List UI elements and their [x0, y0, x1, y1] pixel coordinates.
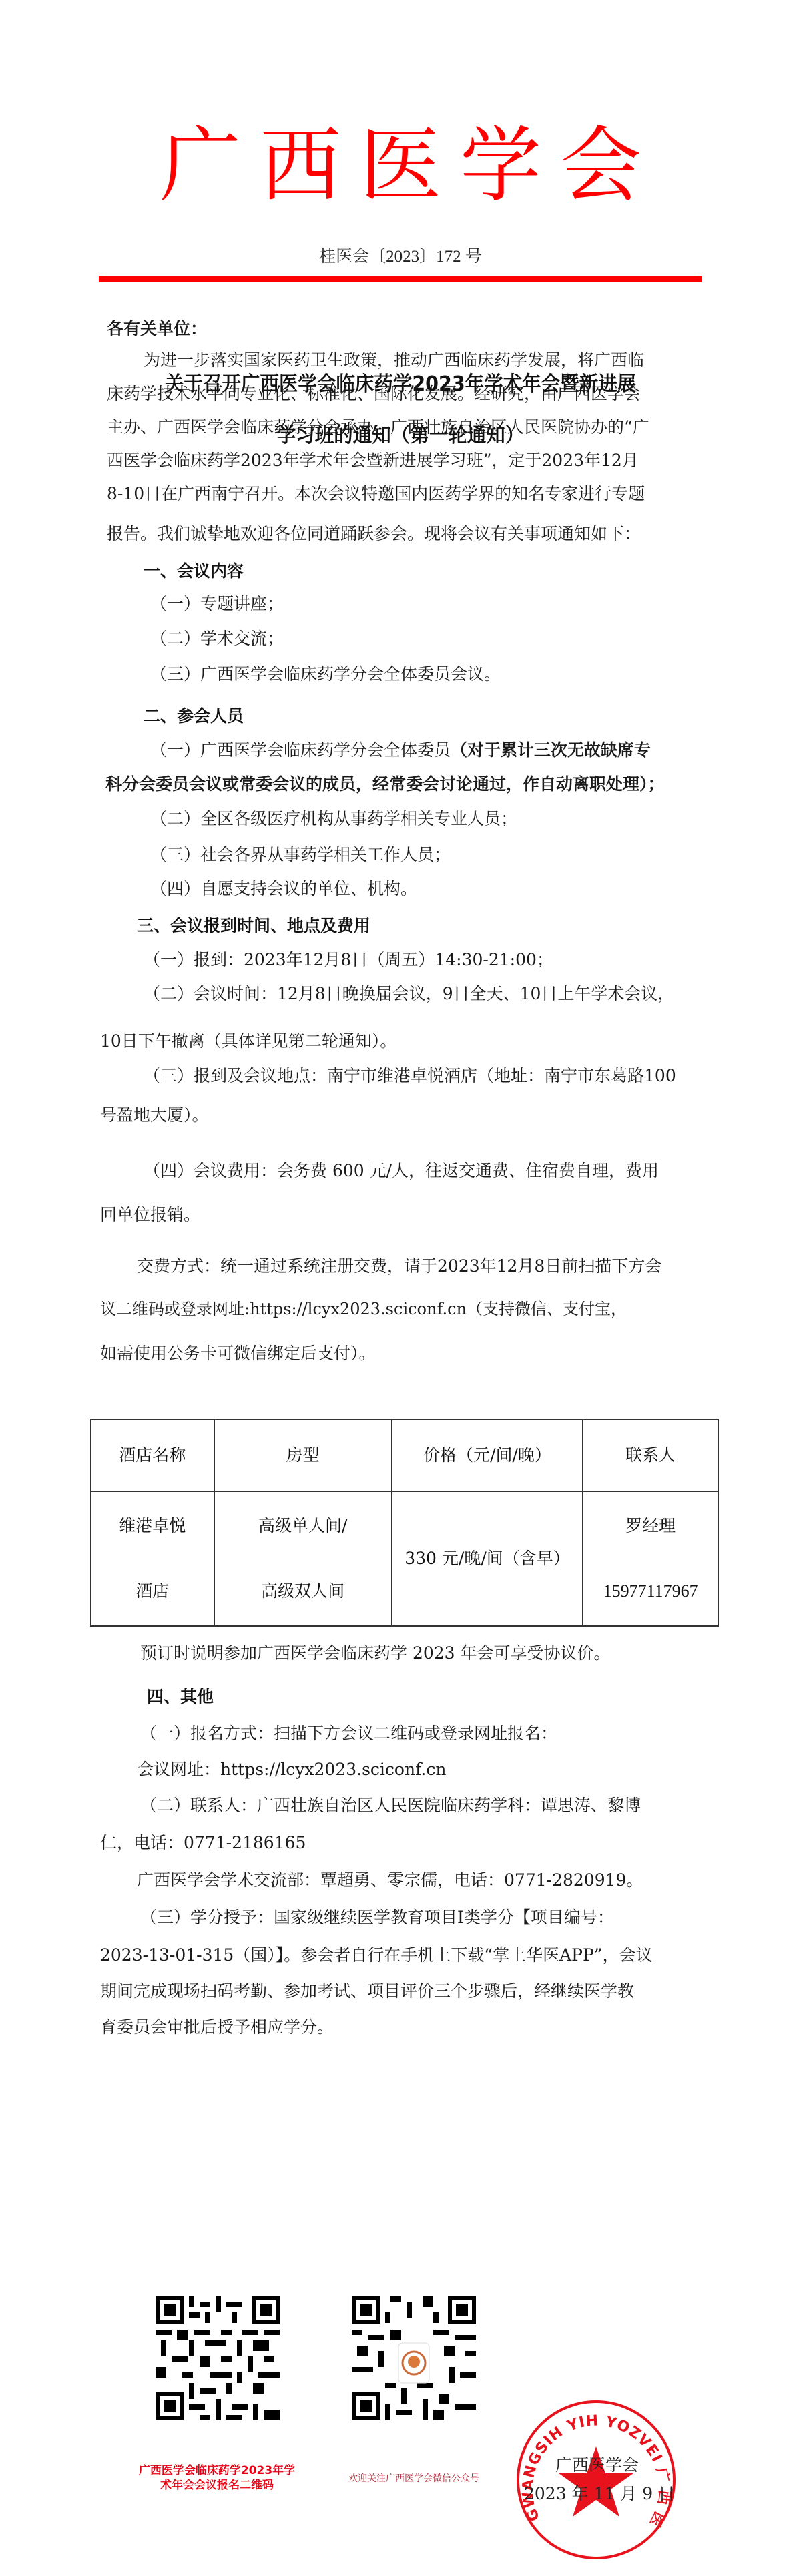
- list-item: （二）全区各级医疗机构从事药学相关专业人员；: [150, 808, 731, 830]
- registration-line: （一）报名方式：扫描下方会议二维码或登录网址报名：: [140, 1722, 721, 1745]
- qr-caption-wechat: 欢迎关注广西医学会微信公众号: [334, 2471, 494, 2485]
- qr-code-icon[interactable]: [352, 2296, 476, 2420]
- attendee-item1-note: （对于累计三次无故缺席专: [451, 740, 651, 760]
- document-number: 桂医会〔2023〕172 号: [0, 243, 801, 267]
- fee-line: 回单位报销。: [100, 1204, 681, 1226]
- signature-date: 2023 年 11 月 9 日: [524, 2481, 675, 2505]
- contact-line: 仁，电话：0771-2186165: [100, 1832, 681, 1854]
- room-type: 高级单人间/: [215, 1493, 391, 1559]
- credit-line: 期间完成现场扫码考勤、参加考试、项目评价三个步骤后，经继续医学教: [100, 1980, 681, 2003]
- official-seal-icon: GWANGSIH YIH YOZVEI 广 西 医 学 会: [516, 2400, 676, 2560]
- list-item: （二）学术交流；: [150, 627, 731, 650]
- table-note: 预订时说明参加广西医学会临床药学 2023 年会可享受协议价。: [140, 1642, 721, 1665]
- list-item: （一）广西医学会临床药学分会全体委员（对于累计三次无故缺席专: [150, 739, 731, 762]
- table-header: 价格（元/间/晚）: [392, 1419, 583, 1491]
- intro-line: 西医学会临床药学2023年学术年会暨新进展学习班”，定于2023年12月: [107, 449, 688, 472]
- intro-line: 床药学技术水平向专业化、标准化、国际化发展。经研究，由广西医学会: [107, 382, 688, 405]
- table-header-row: 酒店名称 房型 价格（元/间/晚） 联系人: [91, 1419, 718, 1491]
- hotel-name: 维港卓悦: [91, 1493, 214, 1559]
- credit-line: 2023-13-01-315（国）】。参会者自行在手机上下载“掌上华医APP”，…: [100, 1944, 681, 1967]
- credit-line: （三）学分授予：国家级继续医学教育项目Ⅰ类学分【项目编号：: [140, 1906, 721, 1929]
- venue-line: （三）报到及会议地点：南宁市维港卓悦酒店（地址：南宁市东葛路100: [144, 1065, 724, 1087]
- fee-line: （四）会议费用：会务费 600 元/人，往返交通费、住宿费自理，费用: [144, 1160, 724, 1182]
- contact-line: 广西医学会学术交流部：覃超勇、零宗儒，电话：0771-2820919。: [137, 1869, 718, 1892]
- price-cell: 330 元/晚/间（含早）: [392, 1491, 583, 1626]
- qr-code-icon[interactable]: [156, 2296, 280, 2463]
- payment-line: 议二维码或登录网址:https://lcyx2023.sciconf.cn（支持…: [100, 1298, 681, 1320]
- hotel-name: 酒店: [91, 1559, 214, 1624]
- table-header: 联系人: [583, 1419, 718, 1491]
- venue-line: 号盈地大厦）。: [100, 1104, 681, 1127]
- intro-line: 为进一步落实国家医药卫生政策，推动广西临床药学发展，将广西临: [144, 349, 724, 372]
- contact-name: 罗经理: [583, 1493, 718, 1559]
- signature-org: 广西医学会: [555, 2452, 639, 2476]
- caption-line: 术年会会议报名二维码: [130, 2478, 304, 2493]
- meeting-time-line: （二）会议时间：12月8日晚换届会议，9日全天、10日上午学术会议，: [144, 983, 724, 1005]
- header-divider: [99, 276, 702, 282]
- table-header: 房型: [214, 1419, 392, 1491]
- attendee-item1-text: （一）广西医学会临床药学分会全体委员: [150, 740, 451, 760]
- meeting-time-line: 10日下午撤离（具体详见第二轮通知）。: [100, 1030, 681, 1053]
- contact-phone: 15977117967: [583, 1559, 718, 1624]
- intro-line: 报告。我们诚挚地欢迎各位同道踊跃参会。现将会议有关事项通知如下：: [107, 523, 688, 545]
- intro-line: 8-10日在广西南宁召开。本次会议特邀国内医药学界的知名专家进行专题: [107, 483, 688, 505]
- org-masthead: 广西医学会: [0, 119, 801, 212]
- room-type: 高级双人间: [215, 1559, 391, 1624]
- table-row: 维港卓悦 酒店 高级单人间/ 高级双人间 330 元/晚/间（含早） 罗经理 1…: [91, 1491, 718, 1626]
- room-type-cell: 高级单人间/ 高级双人间: [214, 1491, 392, 1626]
- payment-line: 交费方式：统一通过系统注册交费，请于2023年12月8日前扫描下方会: [137, 1255, 718, 1278]
- contact-cell: 罗经理 15977117967: [583, 1491, 718, 1626]
- section-heading-meeting-content: 一、会议内容: [144, 558, 244, 582]
- attendee-item1-note-cont: 科分会委员会议或常委会议的成员，经常委会讨论通过，作自动离职处理）；: [105, 773, 686, 796]
- intro-line: 主办、广西医学会临床药学分会承办、广西壮族自治区人民医院协办的“广: [107, 416, 688, 439]
- table-header: 酒店名称: [91, 1419, 214, 1491]
- list-item: （三）广西医学会临床药学分会全体委员会议。: [150, 663, 731, 686]
- section-heading-attendees: 二、参会人员: [144, 703, 244, 727]
- credit-line: 育委员会审批后授予相应学分。: [100, 2016, 681, 2039]
- conference-url[interactable]: 会议网址：https://lcyx2023.sciconf.cn: [137, 1758, 718, 1781]
- hotel-table: 酒店名称 房型 价格（元/间/晚） 联系人 维港卓悦 酒店 高级单人间/ 高级双…: [90, 1419, 719, 1627]
- caption-line: 广西医学会临床药学2023年学: [130, 2463, 304, 2478]
- contact-line: （二）联系人：广西壮族自治区人民医院临床药学科：谭思涛、黎博: [140, 1794, 721, 1817]
- hotel-name-cell: 维港卓悦 酒店: [91, 1491, 214, 1626]
- qr-caption-registration: 广西医学会临床药学2023年学 术年会会议报名二维码: [130, 2463, 304, 2493]
- checkin-line: （一）报到：2023年12月8日（周五）14:30-21:00；: [144, 949, 724, 971]
- payment-line: 如需使用公务卡可微信绑定后支付）。: [100, 1342, 681, 1365]
- salutation: 各有关单位：: [107, 318, 688, 340]
- section-heading-other: 四、其他: [147, 1684, 214, 1708]
- list-item: （四）自愿支持会议的单位、机构。: [150, 878, 731, 900]
- list-item: （三）社会各界从事药学相关工作人员；: [150, 844, 731, 866]
- list-item: （一）专题讲座；: [150, 593, 731, 615]
- section-heading-time-venue-fees: 三、会议报到时间、地点及费用: [137, 913, 370, 937]
